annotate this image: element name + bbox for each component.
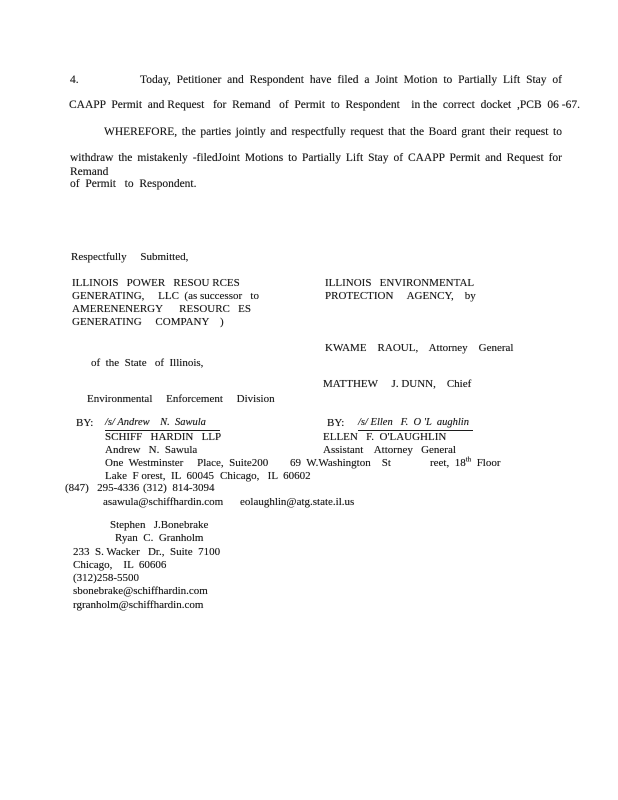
respondent-signature: /s/ Ellen F. O 'L aughlin xyxy=(358,416,473,431)
respondent-signature-line: /s/ Ellen F. O 'L aughlin xyxy=(358,416,473,431)
respondent-name-line-1: ILLINOIS ENVIRONMENTAL xyxy=(325,277,474,290)
paragraph-4-number: 4. xyxy=(70,73,140,87)
petitioner-name-line-3: AMERENENERGY RESOURC ES xyxy=(72,303,251,316)
respondent-address-floor: Floor xyxy=(471,457,500,469)
petitioner-attorney-name: Andrew N. Sawula xyxy=(105,444,197,457)
petitioner-phone: (847) 295-4336 xyxy=(65,482,139,495)
respondent-address-line-2: Chicago, IL 60602 xyxy=(220,470,311,483)
wherefore-line-3: of Permit to Respondent. xyxy=(70,178,197,191)
additional-counsel-phone: (312)258-5500 xyxy=(73,572,139,585)
additional-counsel-address-1: 233 S. Wacker Dr., Suite 7100 xyxy=(73,546,220,559)
document-page: 4.Today, Petitioner and Respondent have … xyxy=(0,0,618,800)
additional-counsel-address-2: Chicago, IL 60606 xyxy=(73,559,166,572)
chief-line-1: MATTHEW J. DUNN, Chief xyxy=(323,378,471,391)
petitioner-signature: /s/ Andrew N. Sawula xyxy=(105,416,220,431)
paragraph-4-line-1-text: Today, Petitioner and Respondent have fi… xyxy=(140,74,562,86)
attorney-general-line-1: KWAME RAOUL, Attorney General xyxy=(325,342,514,355)
respondent-email: eolaughlin@atg.state.il.us xyxy=(240,496,354,509)
respondent-attorney-title: Assistant Attorney General xyxy=(323,444,456,457)
petitioner-name-line-4: GENERATING COMPANY ) xyxy=(72,316,224,329)
wherefore-line-1: WHEREFORE, the parties jointly and respe… xyxy=(70,125,562,153)
respondent-phone: (312) 814-3094 xyxy=(143,482,215,495)
attorney-general-line-2: of the State of Illinois, xyxy=(91,357,203,370)
respondent-by-label: BY: xyxy=(327,417,344,430)
wherefore-line-1-text: WHEREFORE, the parties jointly and respe… xyxy=(104,126,562,138)
petitioner-signature-line: /s/ Andrew N. Sawula xyxy=(105,416,220,431)
paragraph-4-line-1: 4.Today, Petitioner and Respondent have … xyxy=(70,73,562,101)
additional-counsel-email-1: sbonebrake@schiffhardin.com xyxy=(73,585,208,598)
respondent-attorney-name: ELLEN F. O'LAUGHLIN xyxy=(323,431,446,444)
petitioner-address-line-1: One Westminster Place, Suite200 xyxy=(105,457,268,470)
chief-line-2: Environmental Enforcement Division xyxy=(87,393,275,406)
additional-counsel-name-2: Ryan C. Granholm xyxy=(115,532,203,545)
paragraph-4-line-2: CAAPP Permit and Request for Remand of P… xyxy=(69,99,580,112)
respondent-name-line-2: PROTECTION AGENCY, by xyxy=(325,290,476,303)
petitioner-email: asawula@schiffhardin.com xyxy=(103,496,223,509)
petitioner-by-label: BY: xyxy=(76,417,93,430)
additional-counsel-name-1: Stephen J.Bonebrake xyxy=(110,519,208,532)
petitioner-name-line-2: GENERATING, LLC (as successor to xyxy=(72,290,259,303)
respondent-address-street-end: reet, 18 xyxy=(430,457,466,469)
respectfully-submitted: Respectfully Submitted, xyxy=(71,251,188,264)
additional-counsel-email-2: rgranholm@schiffhardin.com xyxy=(73,599,203,612)
petitioner-firm-name: SCHIFF HARDIN LLP xyxy=(105,431,221,444)
respondent-address-part-2: reet, 18th Floor xyxy=(430,457,501,470)
respondent-address-part-1: 69 W.Washington St xyxy=(290,457,391,470)
petitioner-name-line-1: ILLINOIS POWER RESOU RCES xyxy=(72,277,240,290)
